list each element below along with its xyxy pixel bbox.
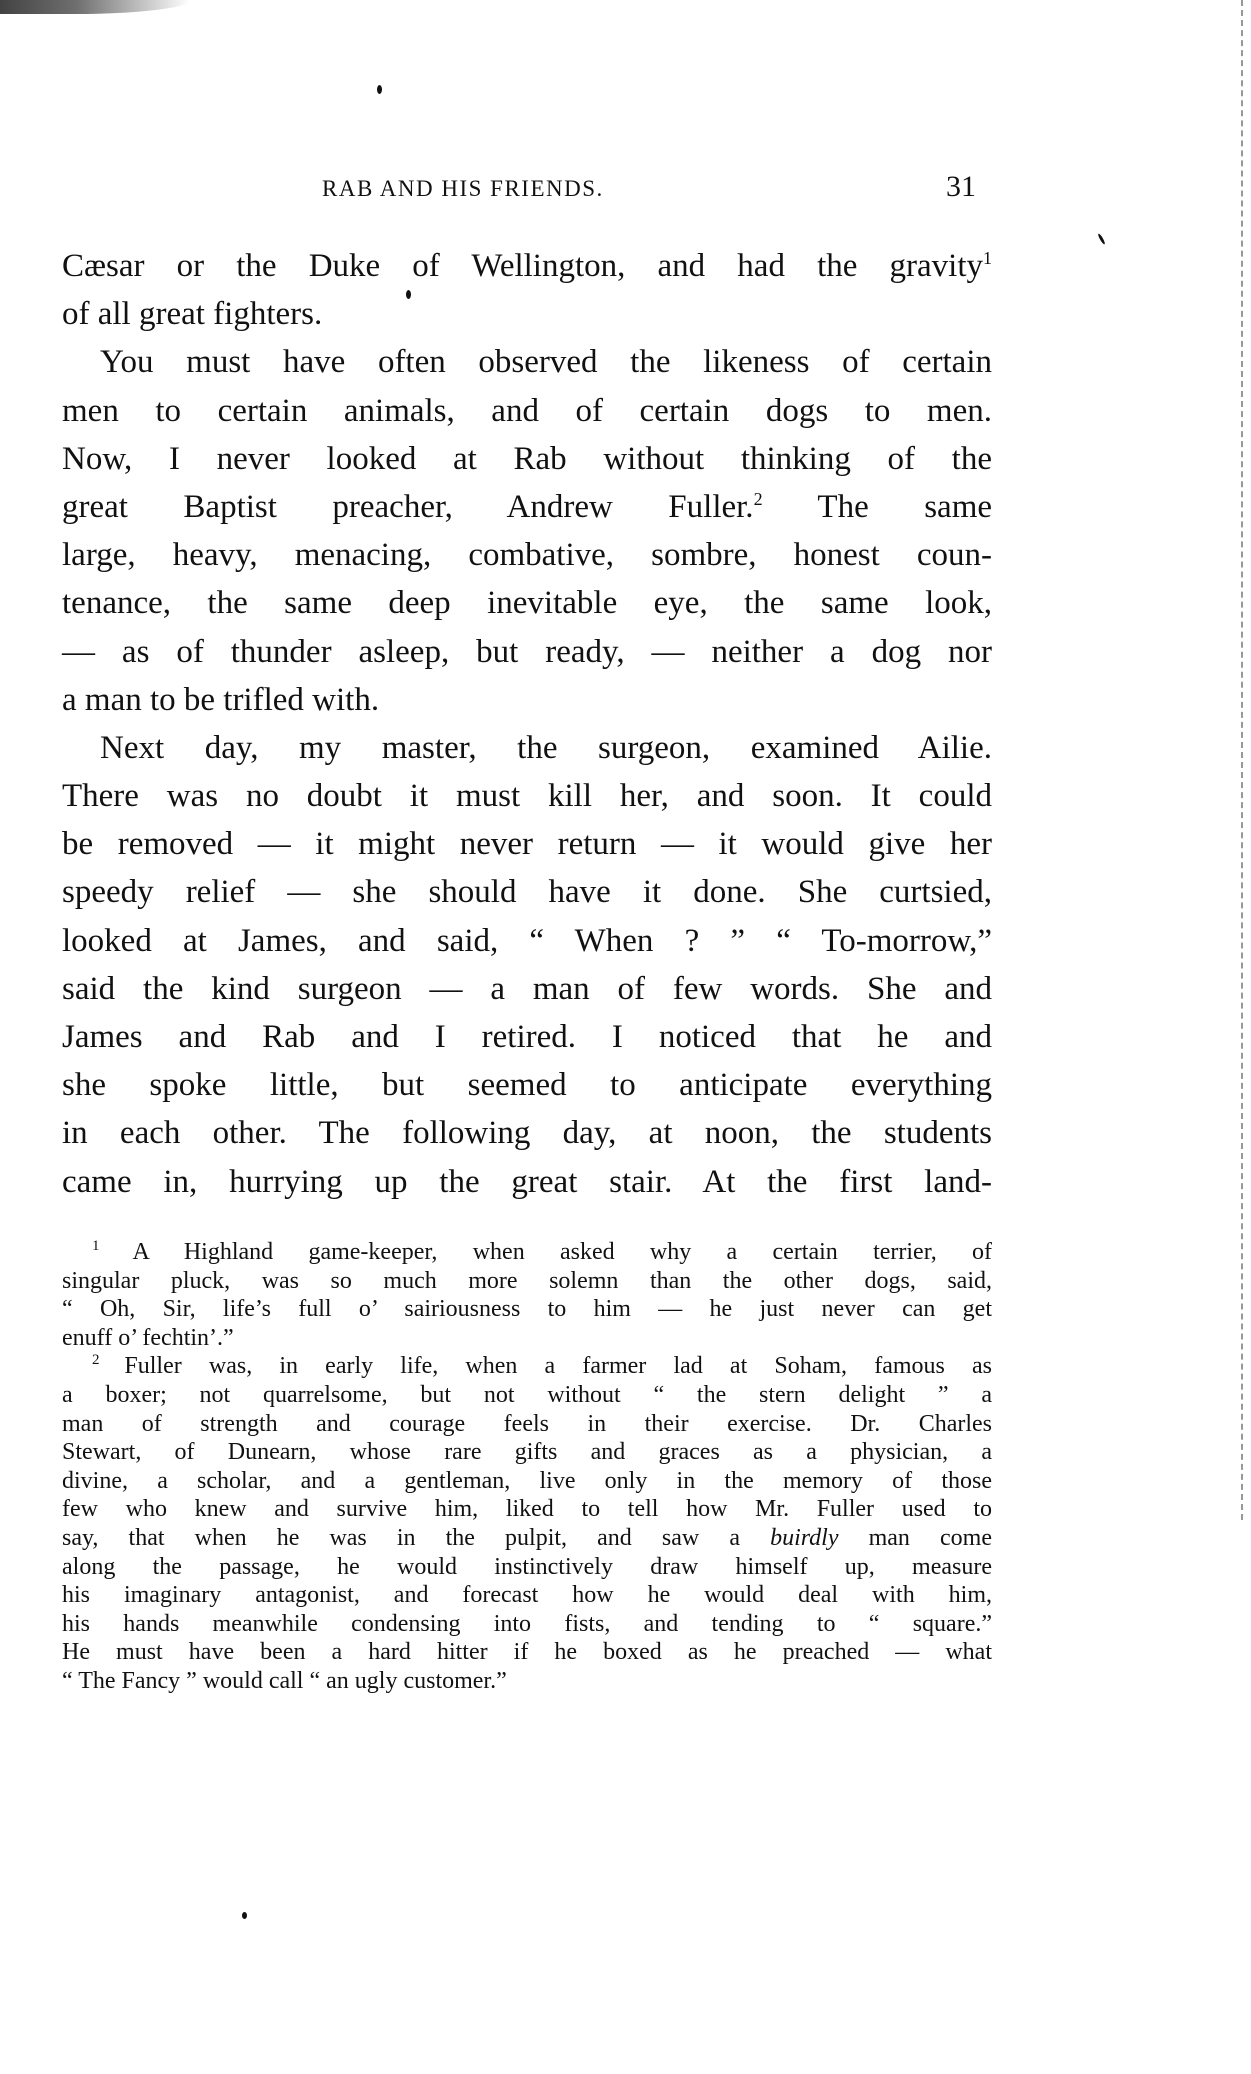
footnote-text: a boxer; not quarrelsome, but not withou… — [62, 1382, 992, 1408]
line-text: Cæsar or the Duke of Wellington, and had… — [62, 248, 983, 284]
text-line: of all great fighters. — [62, 290, 992, 338]
footnote-line: his imaginary antagonist, and forecast h… — [62, 1581, 992, 1610]
footnote-text: say, that when he was in the pulpit, and… — [62, 1525, 770, 1551]
line-text: speedy relief — she should have it done.… — [62, 874, 992, 910]
line-text: be removed — it might never return — it … — [62, 826, 992, 862]
page-number: 31 — [946, 170, 976, 204]
line-text-continued: The same — [763, 489, 992, 525]
line-text: of all great fighters. — [62, 296, 322, 332]
text-line: great Baptist preacher, Andrew Fuller.2 … — [62, 483, 992, 531]
line-text: large, heavy, menacing, combative, sombr… — [62, 537, 992, 573]
footnote-text: few who knew and survive him, liked to t… — [62, 1496, 992, 1522]
footnote-marker: 1 — [92, 1238, 133, 1254]
line-text: came in, hurrying up the great stair. At… — [62, 1164, 992, 1200]
footnote-text: “ Oh, Sir, life’s full o’ sairiousness t… — [62, 1296, 992, 1322]
footnote-text: singular pluck, was so much more solemn … — [62, 1268, 992, 1294]
line-text: You must have often observed the likenes… — [100, 344, 992, 380]
page-edge-dashed-line — [1241, 0, 1243, 1520]
text-line: she spoke little, but seemed to anticipa… — [62, 1061, 992, 1109]
book-page: RAB AND HIS FRIENDS. 31 Cæsar or the Duk… — [0, 0, 1251, 2074]
text-line: in each other. The following day, at noo… — [62, 1109, 992, 1157]
footnote-text: “ The Fancy ” would call “ an ugly custo… — [62, 1668, 507, 1694]
text-line: Now, I never looked at Rab without think… — [62, 435, 992, 483]
footnote-line: 1 A Highland game-keeper, when asked why… — [62, 1238, 992, 1267]
footnote-line: He must have been a hard hitter if he bo… — [62, 1638, 992, 1667]
text-line: There was no doubt it must kill her, and… — [62, 772, 992, 820]
footnote-line: his hands meanwhile condensing into fist… — [62, 1610, 992, 1639]
footnote-line: say, that when he was in the pulpit, and… — [62, 1524, 992, 1553]
line-text: — as of thunder asleep, but ready, — nei… — [62, 634, 992, 670]
line-text: tenance, the same deep inevitable eye, t… — [62, 585, 992, 621]
footnote-text: A Highland game-keeper, when asked why a… — [133, 1239, 992, 1265]
line-text: in each other. The following day, at noo… — [62, 1115, 992, 1151]
footnote-line: a boxer; not quarrelsome, but not withou… — [62, 1381, 992, 1410]
footnote-line: enuff o’ fechtin’.” — [62, 1324, 992, 1353]
running-title: RAB AND HIS FRIENDS. — [322, 176, 604, 202]
scan-smudge — [0, 0, 190, 14]
footnote-text: enuff o’ fechtin’.” — [62, 1325, 234, 1351]
text-line: large, heavy, menacing, combative, sombr… — [62, 531, 992, 579]
footnote-text: Stewart, of Dunearn, whose rare gifts an… — [62, 1439, 992, 1465]
footnote-text: his imaginary antagonist, and forecast h… — [62, 1582, 992, 1608]
speck — [1097, 233, 1106, 245]
footnote-ref[interactable]: 2 — [754, 489, 763, 509]
text-line: men to certain animals, and of certain d… — [62, 387, 992, 435]
text-line: Cæsar or the Duke of Wellington, and had… — [62, 242, 992, 290]
footnote-ref[interactable]: 1 — [983, 248, 992, 268]
footnote-line: “ The Fancy ” would call “ an ugly custo… — [62, 1667, 992, 1696]
line-text: great Baptist preacher, Andrew Fuller. — [62, 489, 754, 525]
footnote-marker: 2 — [92, 1352, 124, 1368]
speck — [242, 1912, 247, 1919]
footnote-line: along the passage, he would instinctivel… — [62, 1553, 992, 1582]
text-line: You must have often observed the likenes… — [62, 338, 992, 386]
footnote-line: “ Oh, Sir, life’s full o’ sairiousness t… — [62, 1295, 992, 1324]
footnote-line: singular pluck, was so much more solemn … — [62, 1267, 992, 1296]
line-text: she spoke little, but seemed to anticipa… — [62, 1067, 992, 1103]
line-text: Next day, my master, the surgeon, examin… — [100, 730, 992, 766]
footnote-line: Stewart, of Dunearn, whose rare gifts an… — [62, 1438, 992, 1467]
text-line: looked at James, and said, “ When ? ” “ … — [62, 917, 992, 965]
footnote-text: man of strength and courage feels in the… — [62, 1411, 992, 1437]
footnote-line: 2 Fuller was, in early life, when a farm… — [62, 1352, 992, 1381]
footnote-text: his hands meanwhile condensing into fist… — [62, 1611, 992, 1637]
italic-word: buirdly — [770, 1525, 838, 1551]
footnote-text: along the passage, he would instinctivel… — [62, 1554, 992, 1580]
footnote-text: divine, a scholar, and a gentleman, live… — [62, 1468, 992, 1494]
line-text: looked at James, and said, “ When ? ” “ … — [62, 923, 992, 959]
line-text: said the kind surgeon — a man of few wor… — [62, 971, 992, 1007]
footnote-line: few who knew and survive him, liked to t… — [62, 1495, 992, 1524]
page-header: RAB AND HIS FRIENDS. 31 — [0, 176, 1251, 216]
text-line: a man to be trifled with. — [62, 676, 992, 724]
line-text: There was no doubt it must kill her, and… — [62, 778, 992, 814]
footnote-line: man of strength and courage feels in the… — [62, 1410, 992, 1439]
text-line: James and Rab and I retired. I noticed t… — [62, 1013, 992, 1061]
footnotes: 1 A Highland game-keeper, when asked why… — [62, 1238, 992, 1696]
body-text: Cæsar or the Duke of Wellington, and had… — [62, 242, 992, 1206]
footnote-line: divine, a scholar, and a gentleman, live… — [62, 1467, 992, 1496]
footnote-text: man come — [839, 1525, 993, 1551]
line-text: James and Rab and I retired. I noticed t… — [62, 1019, 992, 1055]
speck — [377, 85, 382, 94]
text-line: said the kind surgeon — a man of few wor… — [62, 965, 992, 1013]
text-line: tenance, the same deep inevitable eye, t… — [62, 579, 992, 627]
line-text: men to certain animals, and of certain d… — [62, 393, 992, 429]
text-line: Next day, my master, the surgeon, examin… — [62, 724, 992, 772]
line-text: Now, I never looked at Rab without think… — [62, 441, 992, 477]
text-line: speedy relief — she should have it done.… — [62, 868, 992, 916]
footnote-text: Fuller was, in early life, when a farmer… — [124, 1353, 992, 1379]
text-line: be removed — it might never return — it … — [62, 820, 992, 868]
text-line: — as of thunder asleep, but ready, — nei… — [62, 628, 992, 676]
line-text: a man to be trifled with. — [62, 682, 379, 718]
footnote-text: He must have been a hard hitter if he bo… — [62, 1639, 992, 1665]
text-line: came in, hurrying up the great stair. At… — [62, 1158, 992, 1206]
